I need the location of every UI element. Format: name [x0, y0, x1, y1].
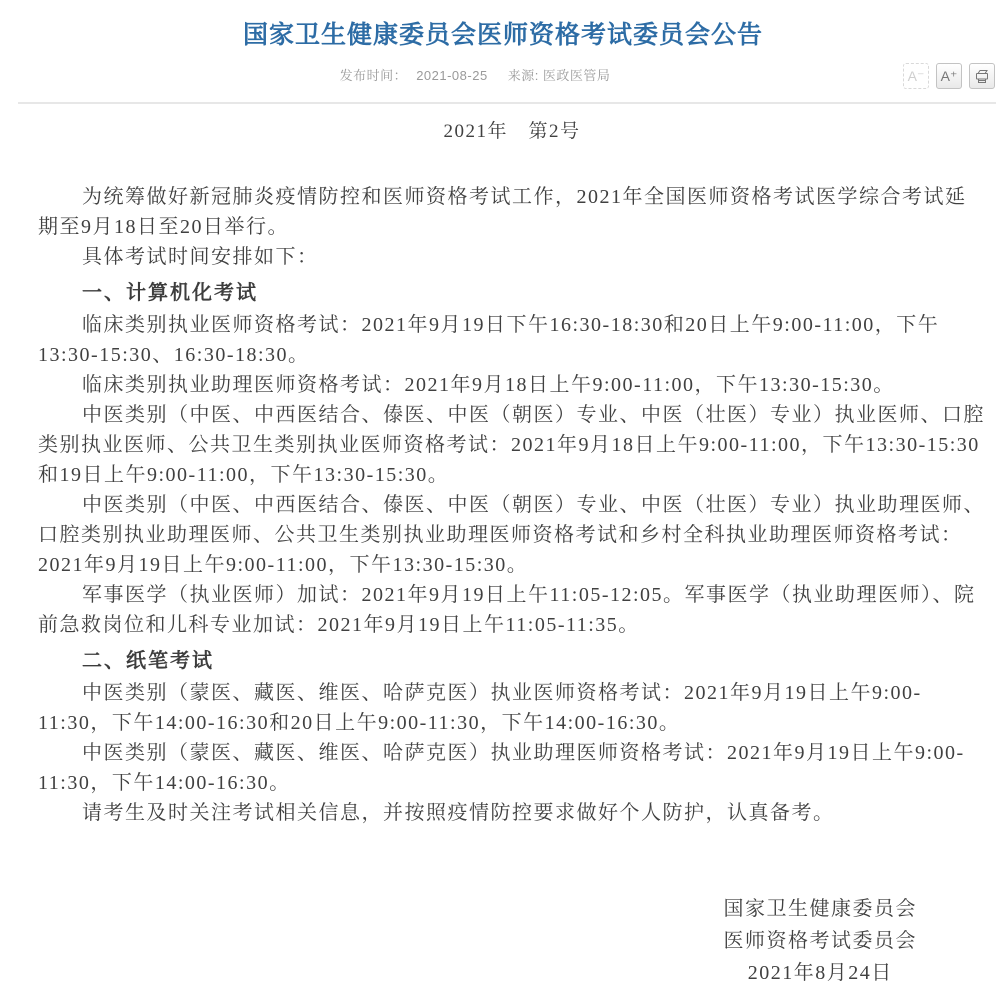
signature-org-line2: 医师资格考试委员会 — [724, 925, 918, 957]
announcement-body: 2021年 第2号 为统筹做好新冠肺炎疫情防控和医师资格考试工作，2021年全国… — [38, 103, 986, 989]
font-decrease-button[interactable]: A⁻ — [903, 63, 929, 89]
paragraph-tcm-licensed: 中医类别（中医、中西医结合、傣医、中医（朝医）专业、中医（壮医）专业）执业医师、… — [38, 400, 986, 490]
paragraph-schedule-lead: 具体考试时间安排如下： — [38, 242, 986, 272]
signature-org-line1: 国家卫生健康委员会 — [724, 893, 918, 925]
meta-line: 发布时间：2021-08-25来源:医政医管局 — [0, 65, 978, 84]
paragraph-closing-reminder: 请考生及时关注考试相关信息，并按照疫情防控要求做好个人防护，认真备考。 — [38, 798, 986, 828]
announcement-page: 国家卫生健康委员会医师资格考试委员会公告 发布时间：2021-08-25来源:医… — [0, 0, 1006, 1001]
paragraph-ethnic-assistant: 中医类别（蒙医、藏医、维医、哈萨克医）执业助理医师资格考试：2021年9月19日… — [38, 738, 986, 798]
signature-date: 2021年8月24日 — [724, 957, 918, 989]
paragraph-clinical-assistant: 临床类别执业助理医师资格考试：2021年9月18日上午9:00-11:00，下午… — [38, 370, 986, 400]
section-heading-paper-exam: 二、纸笔考试 — [38, 646, 986, 676]
source-value: 医政医管局 — [543, 68, 611, 83]
publish-time-label: 发布时间： — [340, 68, 408, 83]
publish-date: 2021-08-25 — [416, 68, 488, 83]
document-number: 2021年 第2号 — [38, 117, 986, 147]
font-increase-button[interactable]: A⁺ — [936, 63, 962, 89]
print-button[interactable] — [969, 63, 995, 89]
paragraph-ethnic-licensed: 中医类别（蒙医、藏医、维医、哈萨克医）执业医师资格考试：2021年9月19日上午… — [38, 678, 986, 738]
paragraph-tcm-assistant: 中医类别（中医、中西医结合、傣医、中医（朝医）专业、中医（壮医）专业）执业助理医… — [38, 490, 986, 580]
paragraph-clinical-licensed: 临床类别执业医师资格考试：2021年9月19日下午16:30-18:30和20日… — [38, 310, 986, 370]
printer-icon — [974, 69, 990, 84]
page-title: 国家卫生健康委员会医师资格考试委员会公告 — [0, 0, 1006, 51]
section-heading-computerized-exam: 一、计算机化考试 — [38, 278, 986, 308]
signature-block: 国家卫生健康委员会 医师资格考试委员会 2021年8月24日 — [724, 893, 918, 989]
toolbar: A⁻ A⁺ — [903, 63, 995, 89]
paragraph-military-medicine: 军事医学（执业医师）加试：2021年9月19日上午11:05-12:05。军事医… — [38, 580, 986, 640]
paragraph-intro: 为统筹做好新冠肺炎疫情防控和医师资格考试工作，2021年全国医师资格考试医学综合… — [38, 182, 986, 242]
source-label: 来源: — [508, 68, 539, 83]
